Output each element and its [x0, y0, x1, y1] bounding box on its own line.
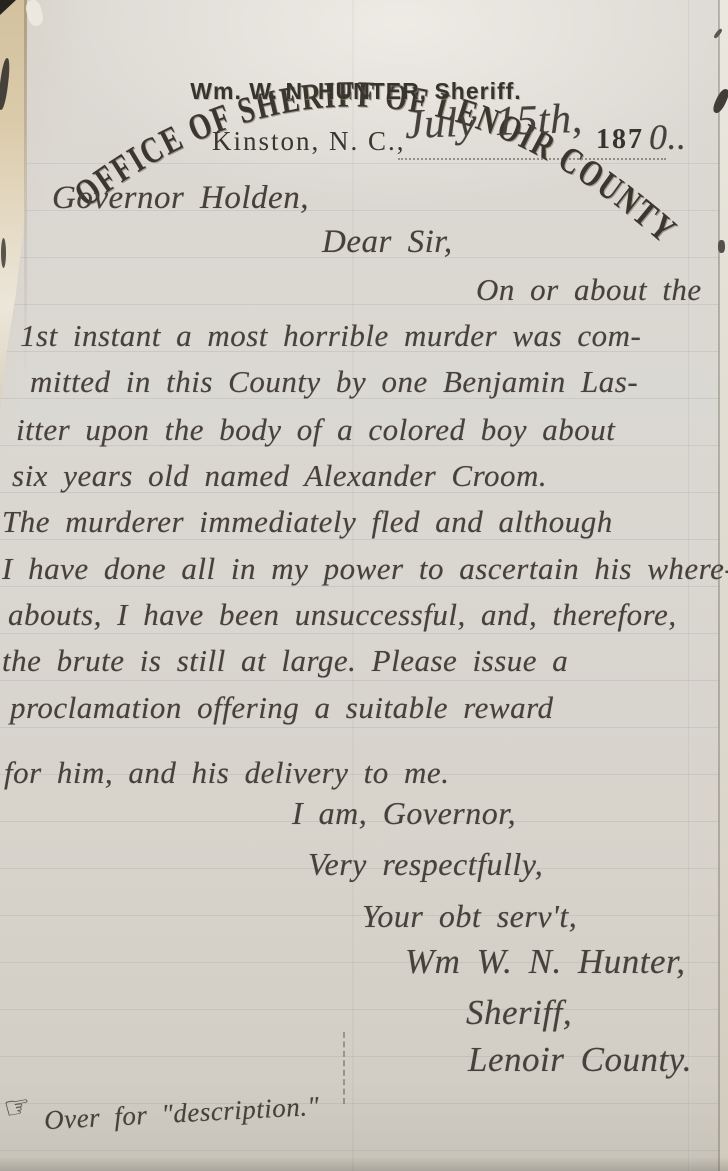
body-line: I have done all in my power to ascertain…	[2, 551, 728, 587]
body-line: itter upon the body of a colored boy abo…	[16, 412, 615, 448]
dateline-date-handwritten: July 15th,	[404, 95, 583, 149]
body-line: the brute is still at large. Please issu…	[2, 643, 568, 679]
dateline-place-printed: Kinston, N. C.,	[212, 126, 406, 157]
body-line: for him, and his delivery to me.	[4, 755, 449, 791]
dateline-year-printed: 187	[596, 124, 644, 156]
body-line: proclamation offering a suitable reward	[10, 690, 554, 726]
body-line: On or about the	[476, 272, 702, 308]
closing-line: Your obt serv't,	[362, 898, 577, 935]
body-line: 1st instant a most horrible murder was c…	[20, 318, 641, 354]
bottom-edge-shadow	[0, 1157, 728, 1171]
dateline-year-digit-handwritten: 0..	[649, 116, 687, 158]
signature-county-line: Lenoir County.	[468, 1040, 692, 1080]
salutation-line: Dear Sir,	[322, 224, 453, 261]
body-line: six years old named Alexander Croom.	[12, 458, 547, 494]
fold-dash-marks	[343, 1032, 345, 1104]
recipient-line: Governor Holden,	[52, 180, 309, 217]
body-line: mitted in this County by one Benjamin La…	[30, 364, 638, 400]
body-line: abouts, I have been unsuccessful, and, t…	[8, 597, 677, 633]
signature-name-line: Wm W. N. Hunter,	[405, 942, 686, 982]
body-line: The murderer immediately fled and althou…	[2, 504, 613, 540]
manicule-icon: ☞	[1, 1088, 34, 1127]
signature-title-line: Sheriff,	[466, 993, 572, 1033]
closing-line: I am, Governor,	[292, 795, 516, 832]
closing-line: Very respectfully,	[308, 846, 543, 883]
scanned-letter-photo: OFFICE OF SHERIFF OF LENOIR COUNTY, Wm. …	[0, 0, 728, 1171]
